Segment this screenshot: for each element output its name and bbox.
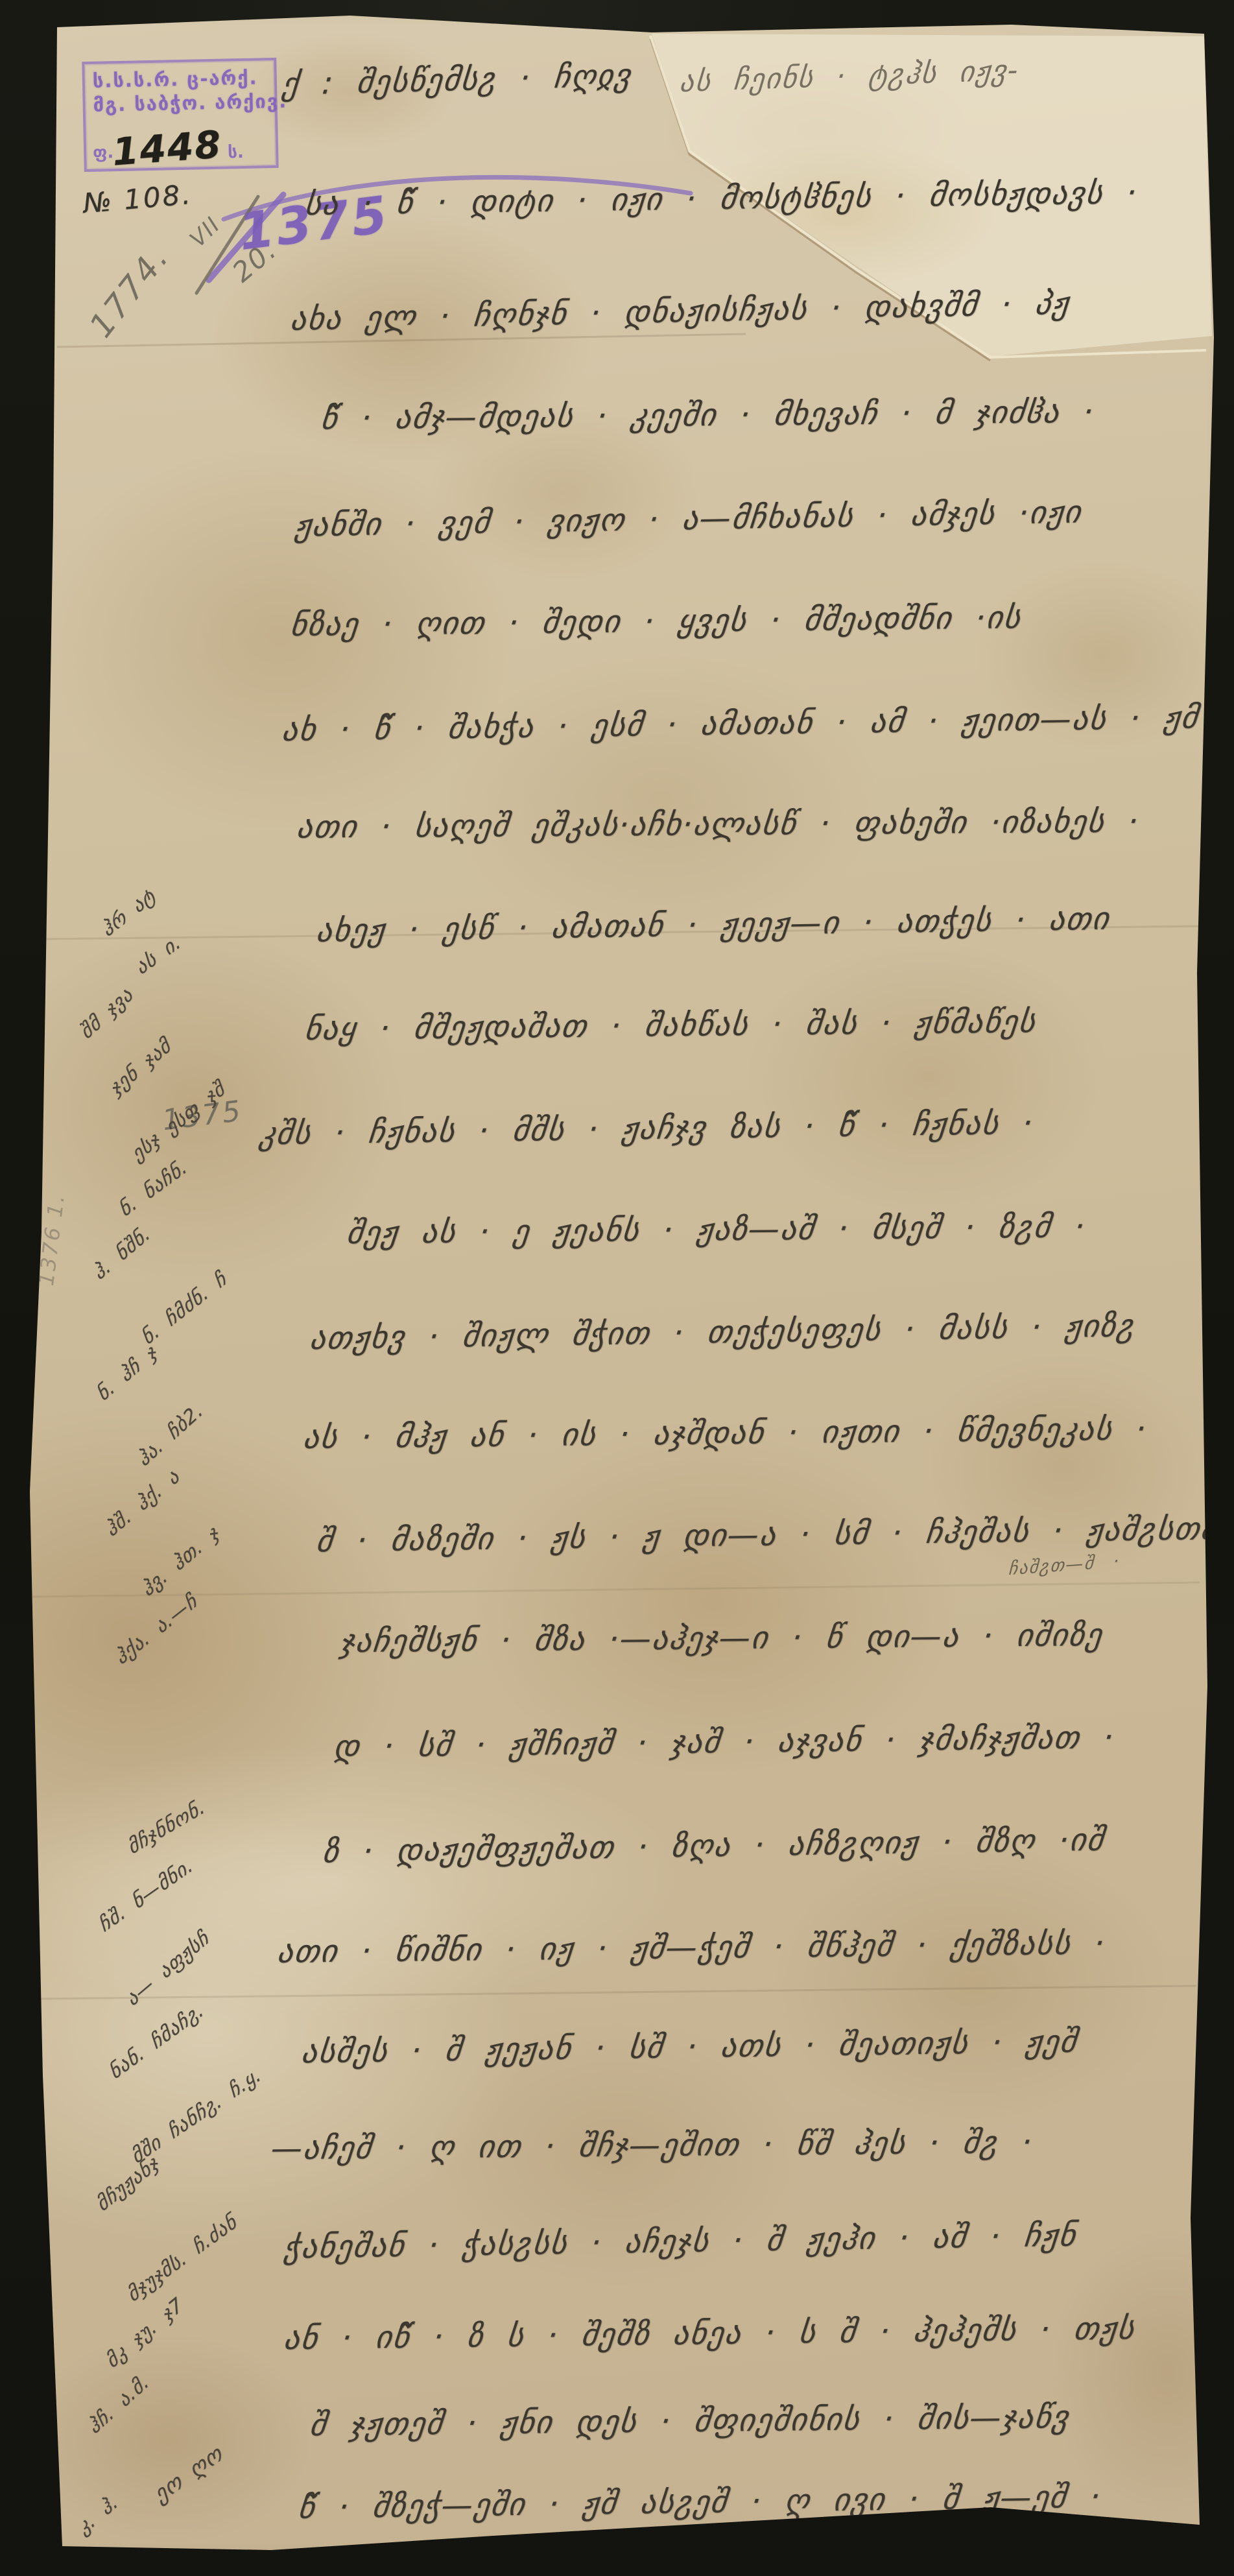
photo-backdrop: ს.ს.ს.რ. ც-არქ. მგ. საბჭო. არქივ. ფ. 144… <box>0 0 1234 2576</box>
stamp-line-1: ს.ს.ს.რ. ც-არქ. <box>93 66 268 93</box>
manuscript-paper: ს.ს.ს.რ. ც-არქ. მგ. საბჭო. არქივ. ფ. 144… <box>0 0 1234 2576</box>
stamp-fond-number: 1448 <box>111 122 224 174</box>
paper-marks-overlay <box>0 0 1234 2576</box>
manuscript-line: ნაყ · მშეჟდაშათ · შახწას · შას · ჟწმაწეს <box>303 1003 1038 1047</box>
stamp-line-2: მგ. საბჭო. არქივ. <box>93 89 268 117</box>
stamp-fond-label: ფ. <box>93 143 114 163</box>
manuscript-line: —აჩეშ · ღ ით · შჩჯ—ეშით · წშ ჰეს · შჷ · <box>269 2124 1035 2167</box>
manuscript-line: შეჟ ას · ე ჟეანს · ჟაზ—აშ · მსეშ · ზჷმ · <box>345 1208 1088 1251</box>
stamp-file-label: ს. <box>228 143 244 163</box>
manuscript-line: ათი · საღეშ ეშკას·აჩხ·ალასწ · ფახეში ·იზ… <box>295 803 1141 845</box>
archive-stamp: ს.ს.ს.რ. ც-არქ. მგ. საბჭო. არქივ. ფ. 144… <box>82 58 278 172</box>
manuscript-line: ჯაჩეშსჟნ · შზა ·—აჰეჯ—ი · წ დი—ა · იშიზე <box>338 1617 1105 1660</box>
manuscript-line: წ̃ · ამჯ—მდეას · კეეში · მხევაჩ · მ ჯიძჱ… <box>319 394 1097 436</box>
manuscript-line: ნზაე · ღით · შედი · ყვეს · მშეადშნი ·ის <box>289 599 1024 643</box>
